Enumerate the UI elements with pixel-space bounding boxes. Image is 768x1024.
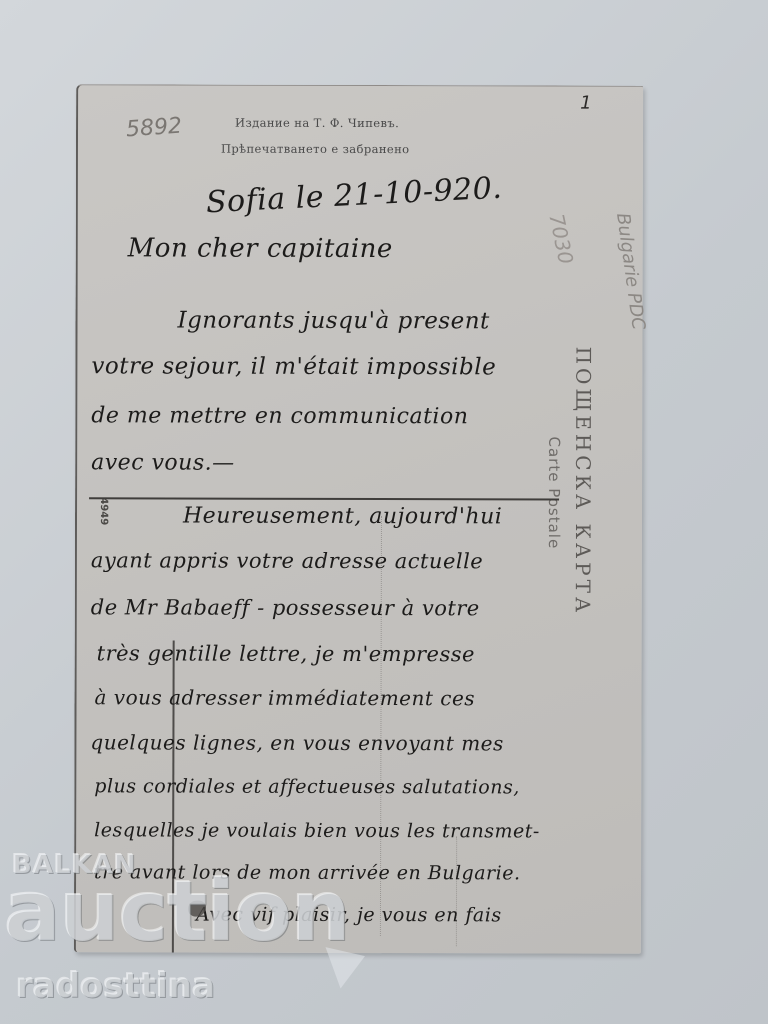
carte-postale-label: Carte Postale [545, 436, 563, 549]
serial-number: 4949 [98, 497, 109, 525]
letter-line: votre sejour, il m'était impossible [91, 353, 496, 380]
letter-line: plus cordiales et affectueuses salutatio… [94, 775, 520, 798]
letter-line: de me mettre en communication [91, 403, 468, 429]
letter-line: Heureusement, aujourd'hui [183, 504, 502, 530]
letter-line: à vous adresser immédiatement ces [95, 685, 476, 710]
letter-line: quelques lignes, en vous envoyant mes [90, 730, 503, 755]
watermark-radosttina: radosttina [16, 966, 215, 1006]
copyright-line: Прѣпечатването е забранено [221, 142, 410, 156]
watermark-auction: auction [4, 862, 350, 960]
horizontal-divider [89, 497, 559, 500]
letter-line: ayant appris votre adresse actuelle [91, 548, 483, 573]
salutation: Mon cher capitaine [128, 233, 393, 264]
letter-line: avec vous.— [91, 450, 235, 475]
postcard: Издание на Т. Ф. Чипевъ. Прѣпечатването … [74, 84, 643, 953]
corner-mark: 1 [580, 93, 592, 114]
publisher-line: Издание на Т. Ф. Чипевъ. [235, 116, 399, 130]
postcard-title: ПОЩЕНСКА КАРТА [571, 347, 596, 617]
date-line: Sofia le 21-10-920. [205, 171, 503, 221]
inventory-number: 5892 [125, 114, 183, 143]
letter-line: très gentille lettre, je m'empresse [97, 641, 475, 666]
letter-line: de Mr Babaeff - possesseur à votre [91, 595, 480, 620]
faded-pencil-number: 7030 [544, 212, 578, 267]
address-dotted-guide [456, 836, 457, 946]
letter-line: Ignorants jusqu'à present [177, 308, 489, 335]
letter-line: lesquelles je voulais bien vous les tran… [94, 819, 540, 842]
